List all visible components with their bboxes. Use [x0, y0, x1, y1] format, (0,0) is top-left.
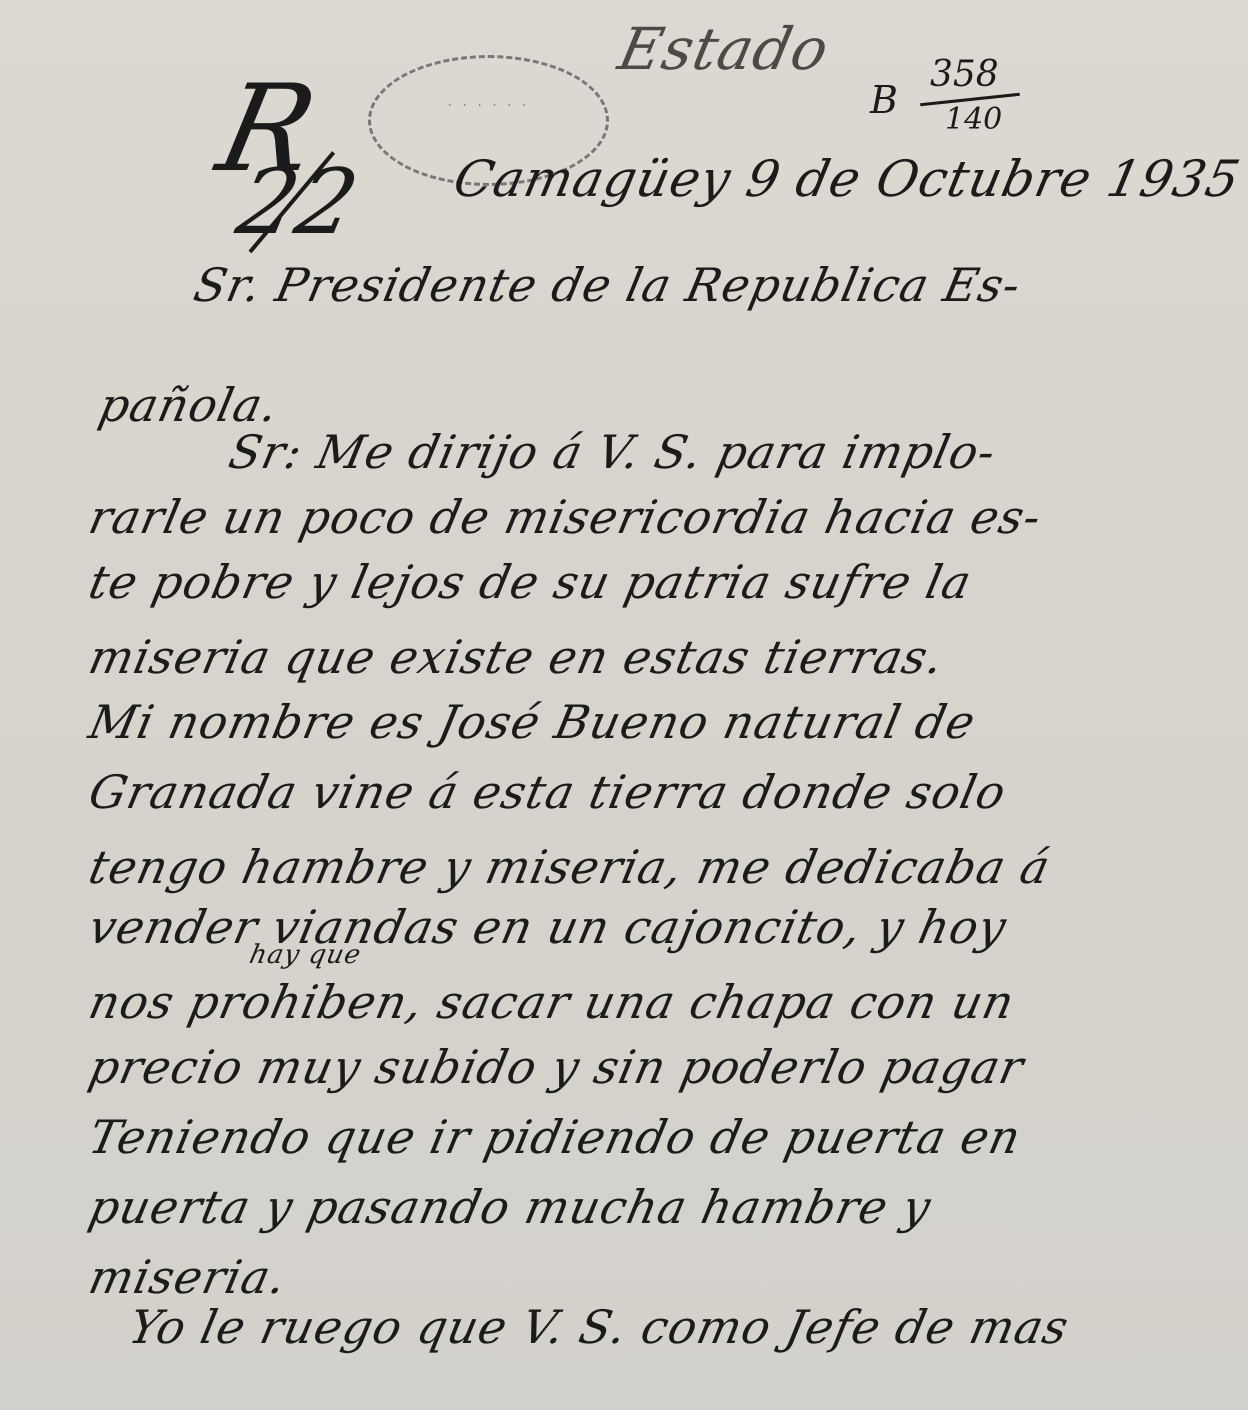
letter-line: Sr: Me dirijo á V. S. para implo- — [224, 425, 1001, 479]
letter-line: nos prohiben, sacar una chapa con un — [84, 975, 1019, 1029]
letter-line: Mi nombre es José Bueno natural de — [84, 695, 980, 749]
letter-line: pañola. — [94, 378, 283, 432]
stamp-text: · · · · · · — [391, 98, 586, 114]
reference-numerator: 358 — [930, 54, 999, 95]
letter-line: tengo hambre y miseria, me dedicaba á — [84, 840, 1055, 894]
letter-line: puerta y pasando mucha hambre y — [84, 1180, 936, 1234]
letter-line: vender viandas en un cajoncito, y hoy — [84, 900, 1011, 954]
letter-line: miseria que existe en estas tierras. — [84, 630, 949, 684]
reference-prefix: B — [870, 78, 898, 122]
margin-annotation-number: 22 — [229, 150, 368, 255]
letter-line: Teniendo que ir pidiendo de puerta en — [84, 1110, 1026, 1164]
reference-denominator: 140 — [945, 102, 1002, 137]
letter-line: miseria. — [84, 1250, 291, 1304]
letter-line: rarle un poco de misericordia hacia es- — [84, 490, 1046, 544]
letter-line: precio muy subido y sin poderlo pagar — [84, 1040, 1029, 1094]
dateline: Camagüey 9 de Octubre 1935 — [449, 150, 1246, 208]
letter-line: Granada vine á esta tierra donde solo — [84, 765, 1011, 819]
header-annotation: Estado — [613, 15, 836, 83]
letter-line: Yo le ruego que V. S. como Jefe de mas — [124, 1300, 1074, 1354]
letter-line: te pobre y lejos de su patria sufre la — [84, 555, 976, 609]
inserted-text: hay que — [247, 940, 364, 970]
letter-page: R 22 · · · · · · Estado B 358 140 Camagü… — [0, 0, 1248, 1410]
letter-line: Sr. Presidente de la Republica Es- — [189, 258, 1026, 312]
